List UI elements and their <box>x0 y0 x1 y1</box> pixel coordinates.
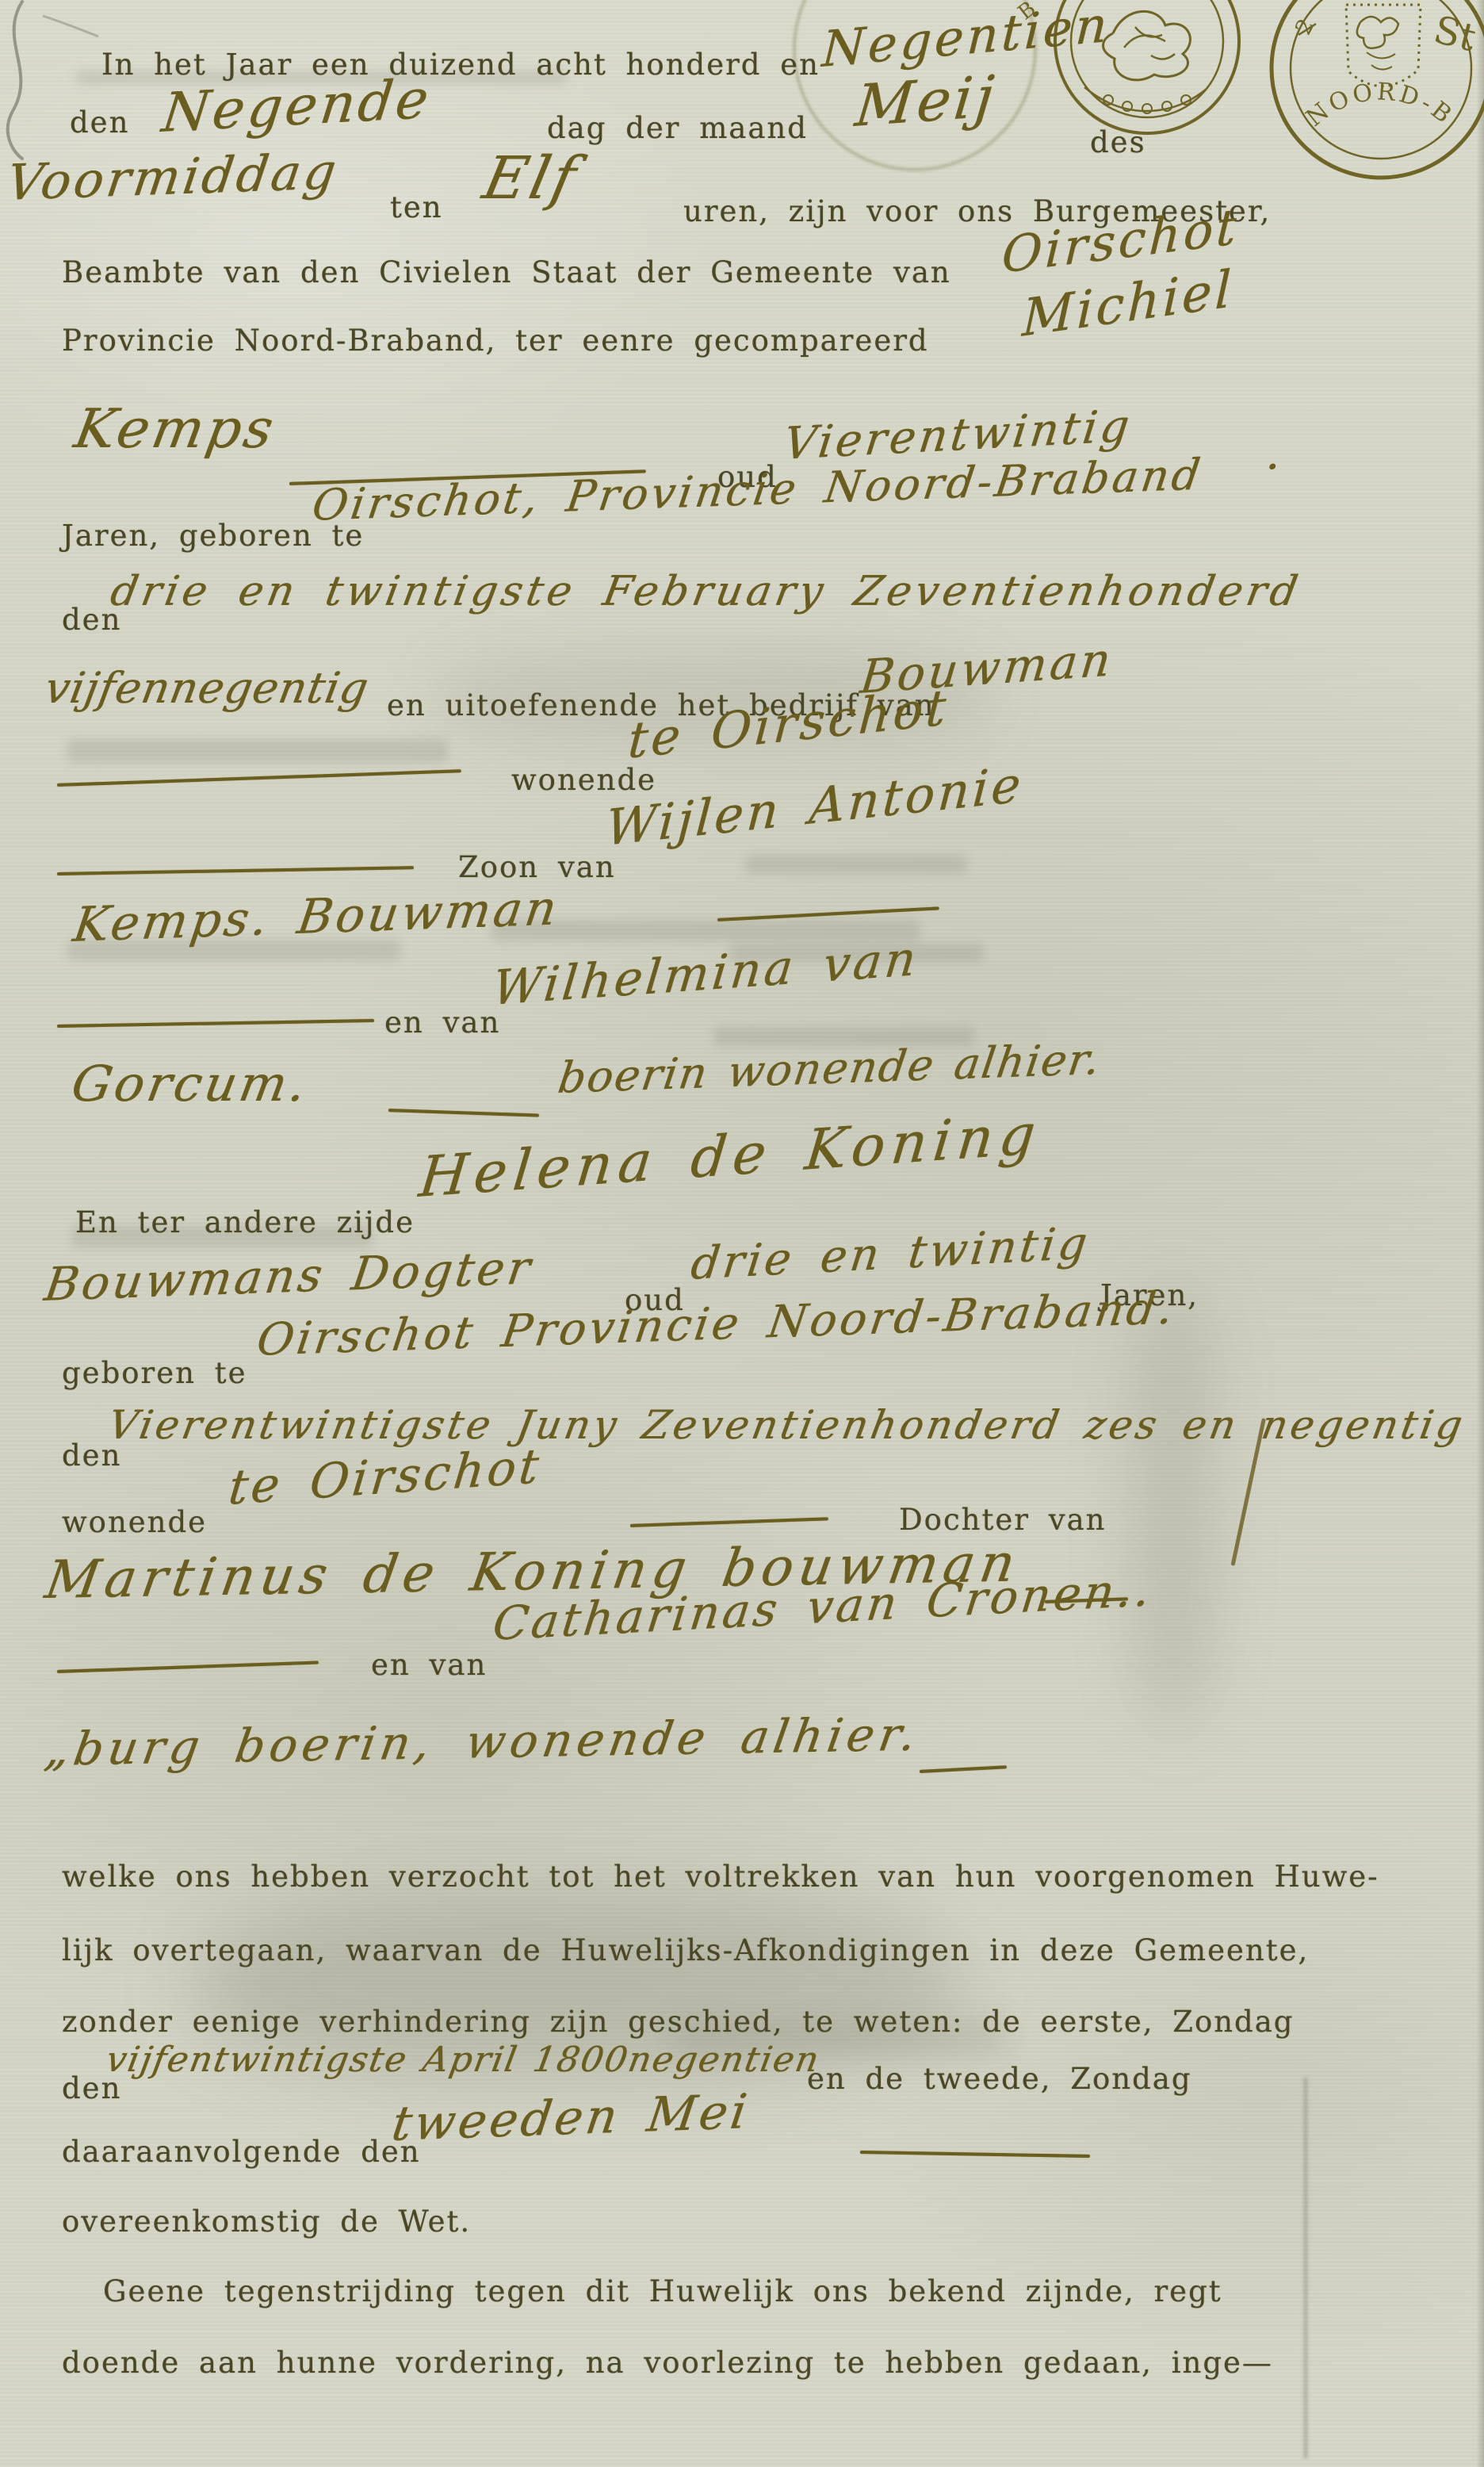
paper-stain <box>1134 1285 1213 1729</box>
flourish-line <box>388 1109 539 1117</box>
bleed-through-smudge <box>745 855 967 874</box>
printed-text: en van <box>371 1648 487 1682</box>
flourish-line <box>57 769 461 787</box>
printed-text: wonende <box>62 1505 207 1539</box>
seal-right-letters: St <box>1429 7 1480 60</box>
printed-text: dag der maand <box>547 111 808 145</box>
entry-groom-birthyear: vijfennegentig <box>41 663 373 713</box>
printed-text: Beambte van den Civielen Staat der Gemee… <box>62 255 951 289</box>
printed-text: lijk overtegaan, waarvan de Huwelijks-Af… <box>62 1933 1309 1967</box>
entry-month: Meij <box>852 63 1000 140</box>
printed-text: En ter andere zijde <box>75 1205 415 1239</box>
entry-bride-mother-cont: „burg boerin, wonende alhier. <box>41 1707 924 1776</box>
printed-text: den <box>70 105 129 140</box>
printed-text: In het Jaar een duizend acht honderd en <box>101 48 820 82</box>
flourish-line <box>57 1019 374 1028</box>
printed-text: Geene tegenstrijding tegen dit Huwelijk … <box>103 2274 1222 2308</box>
printed-text: Provincie Noord-Braband, ter eenre gecom… <box>62 324 929 358</box>
entry-bride-note: Bouwmans Dogter <box>41 1240 537 1312</box>
printed-text: en van <box>384 1006 500 1040</box>
printed-text: ten <box>390 190 443 224</box>
printed-text: Zoon van <box>458 850 616 884</box>
entry-groom-father-cont: Kemps. Bouwman <box>70 880 563 953</box>
entry-groom-surname: Kemps <box>70 398 281 461</box>
printed-text: overeenkomstig de Wet. <box>62 2205 471 2239</box>
entry-groom-father: Wijlen Antonie <box>604 755 1026 857</box>
entry-daypart: Voormiddag <box>3 142 342 212</box>
flourish-line <box>630 1517 828 1527</box>
entry-bride-name: Helena de Koning <box>416 1101 1045 1210</box>
handwritten-period: . <box>1265 428 1283 480</box>
flourish-line <box>57 1661 319 1673</box>
printed-text: zonder eenige verhindering zijn geschied… <box>62 2005 1295 2039</box>
printed-text: des <box>1090 125 1146 159</box>
printed-text: geboren te <box>62 1356 247 1390</box>
printed-text: daaraanvolgende den <box>62 2135 421 2169</box>
entry-banns-second-date: tweeden Mei <box>388 2084 753 2152</box>
flourish-line <box>920 1765 1007 1773</box>
entry-day: Negende <box>159 68 434 145</box>
bleed-through-smudge <box>67 739 448 763</box>
entry-groom-mother-cont: Gorcum. <box>67 1055 314 1113</box>
document-page: B NOORD-BRABAND. St 2 In het Jaar een du… <box>0 0 1484 2467</box>
entry-hour: Elf <box>477 144 584 213</box>
flourish-line <box>860 2151 1090 2158</box>
entry-groom-birthdate: drie en twintigste February Zeventienhon… <box>107 568 1305 615</box>
entry-groom-mother-note: boerin wonende alhier. <box>555 1034 1104 1103</box>
printed-text: Dochter van <box>899 1503 1107 1537</box>
flourish-line <box>57 866 414 875</box>
paper-crease <box>1304 2078 1307 2458</box>
scan-edge-shadow <box>1476 0 1484 2467</box>
entry-groom-mother: Wilhelmina van <box>490 931 921 1017</box>
printed-text: welke ons hebben verzocht tot het voltre… <box>62 1860 1379 1894</box>
entry-bride-age: drie en twintig <box>688 1217 1093 1290</box>
entry-banns-first-date: vijfentwintigste April 1800negentien <box>103 2040 823 2080</box>
printed-text: doende aan hunne vordering, na voorlezin… <box>62 2346 1273 2380</box>
printed-text: en de tweede, Zondag <box>807 2062 1192 2096</box>
entry-bride-residence: te Oirschot <box>226 1438 544 1516</box>
